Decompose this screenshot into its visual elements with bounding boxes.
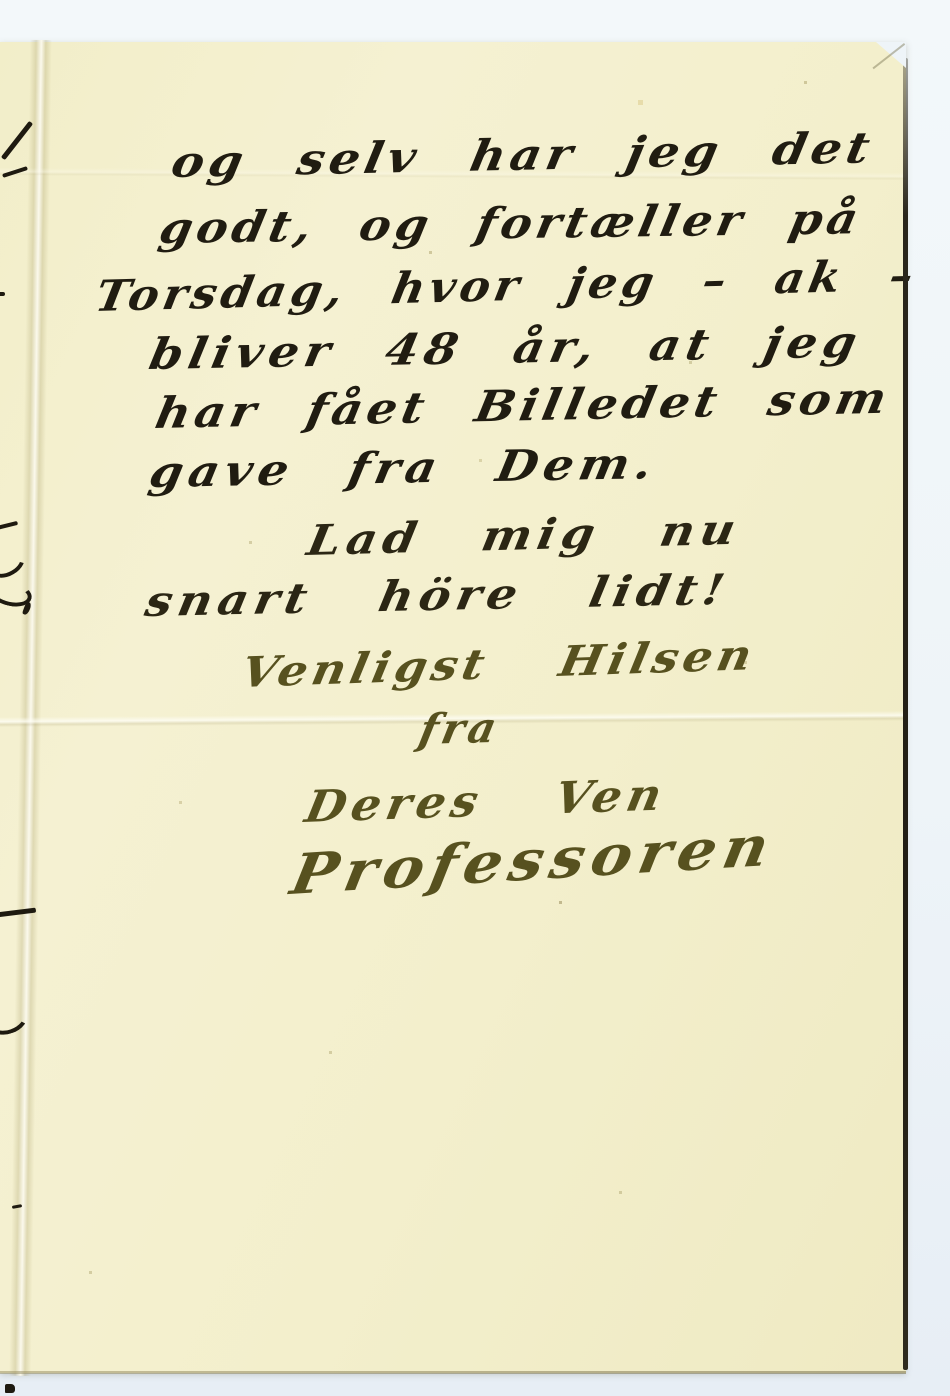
paper-speckles bbox=[0, 42, 1, 43]
handwriting-line: Lad mig nu bbox=[303, 505, 745, 565]
vertical-fold-crease bbox=[9, 40, 52, 1376]
handwriting-line: godt, og fortæller på bbox=[155, 194, 866, 254]
handwriting-line: bliver 48 år, at jeg bbox=[145, 318, 866, 380]
handwriting-line: snart höre lidt! bbox=[141, 565, 734, 626]
ink-fragment bbox=[0, 292, 5, 296]
closing-line: fra bbox=[415, 703, 505, 754]
paper-edge-shadow-right bbox=[903, 58, 908, 1370]
handwriting-line: gave fra Dem. bbox=[145, 439, 662, 498]
ink-fragment bbox=[0, 521, 18, 531]
ink-fragment bbox=[5, 1384, 15, 1393]
letter-page: og selv har jeg det godt, og fortæller p… bbox=[0, 42, 906, 1373]
handwriting-line: har fået Billedet som bbox=[151, 374, 895, 439]
scanned-letter: og selv har jeg det godt, og fortæller p… bbox=[0, 0, 950, 1396]
paper-edge-shadow-bottom bbox=[0, 1371, 906, 1374]
handwriting-line: Torsdag, hvor jeg – ak – bbox=[91, 251, 921, 322]
closing-line: Venligst Hilsen bbox=[237, 630, 760, 697]
